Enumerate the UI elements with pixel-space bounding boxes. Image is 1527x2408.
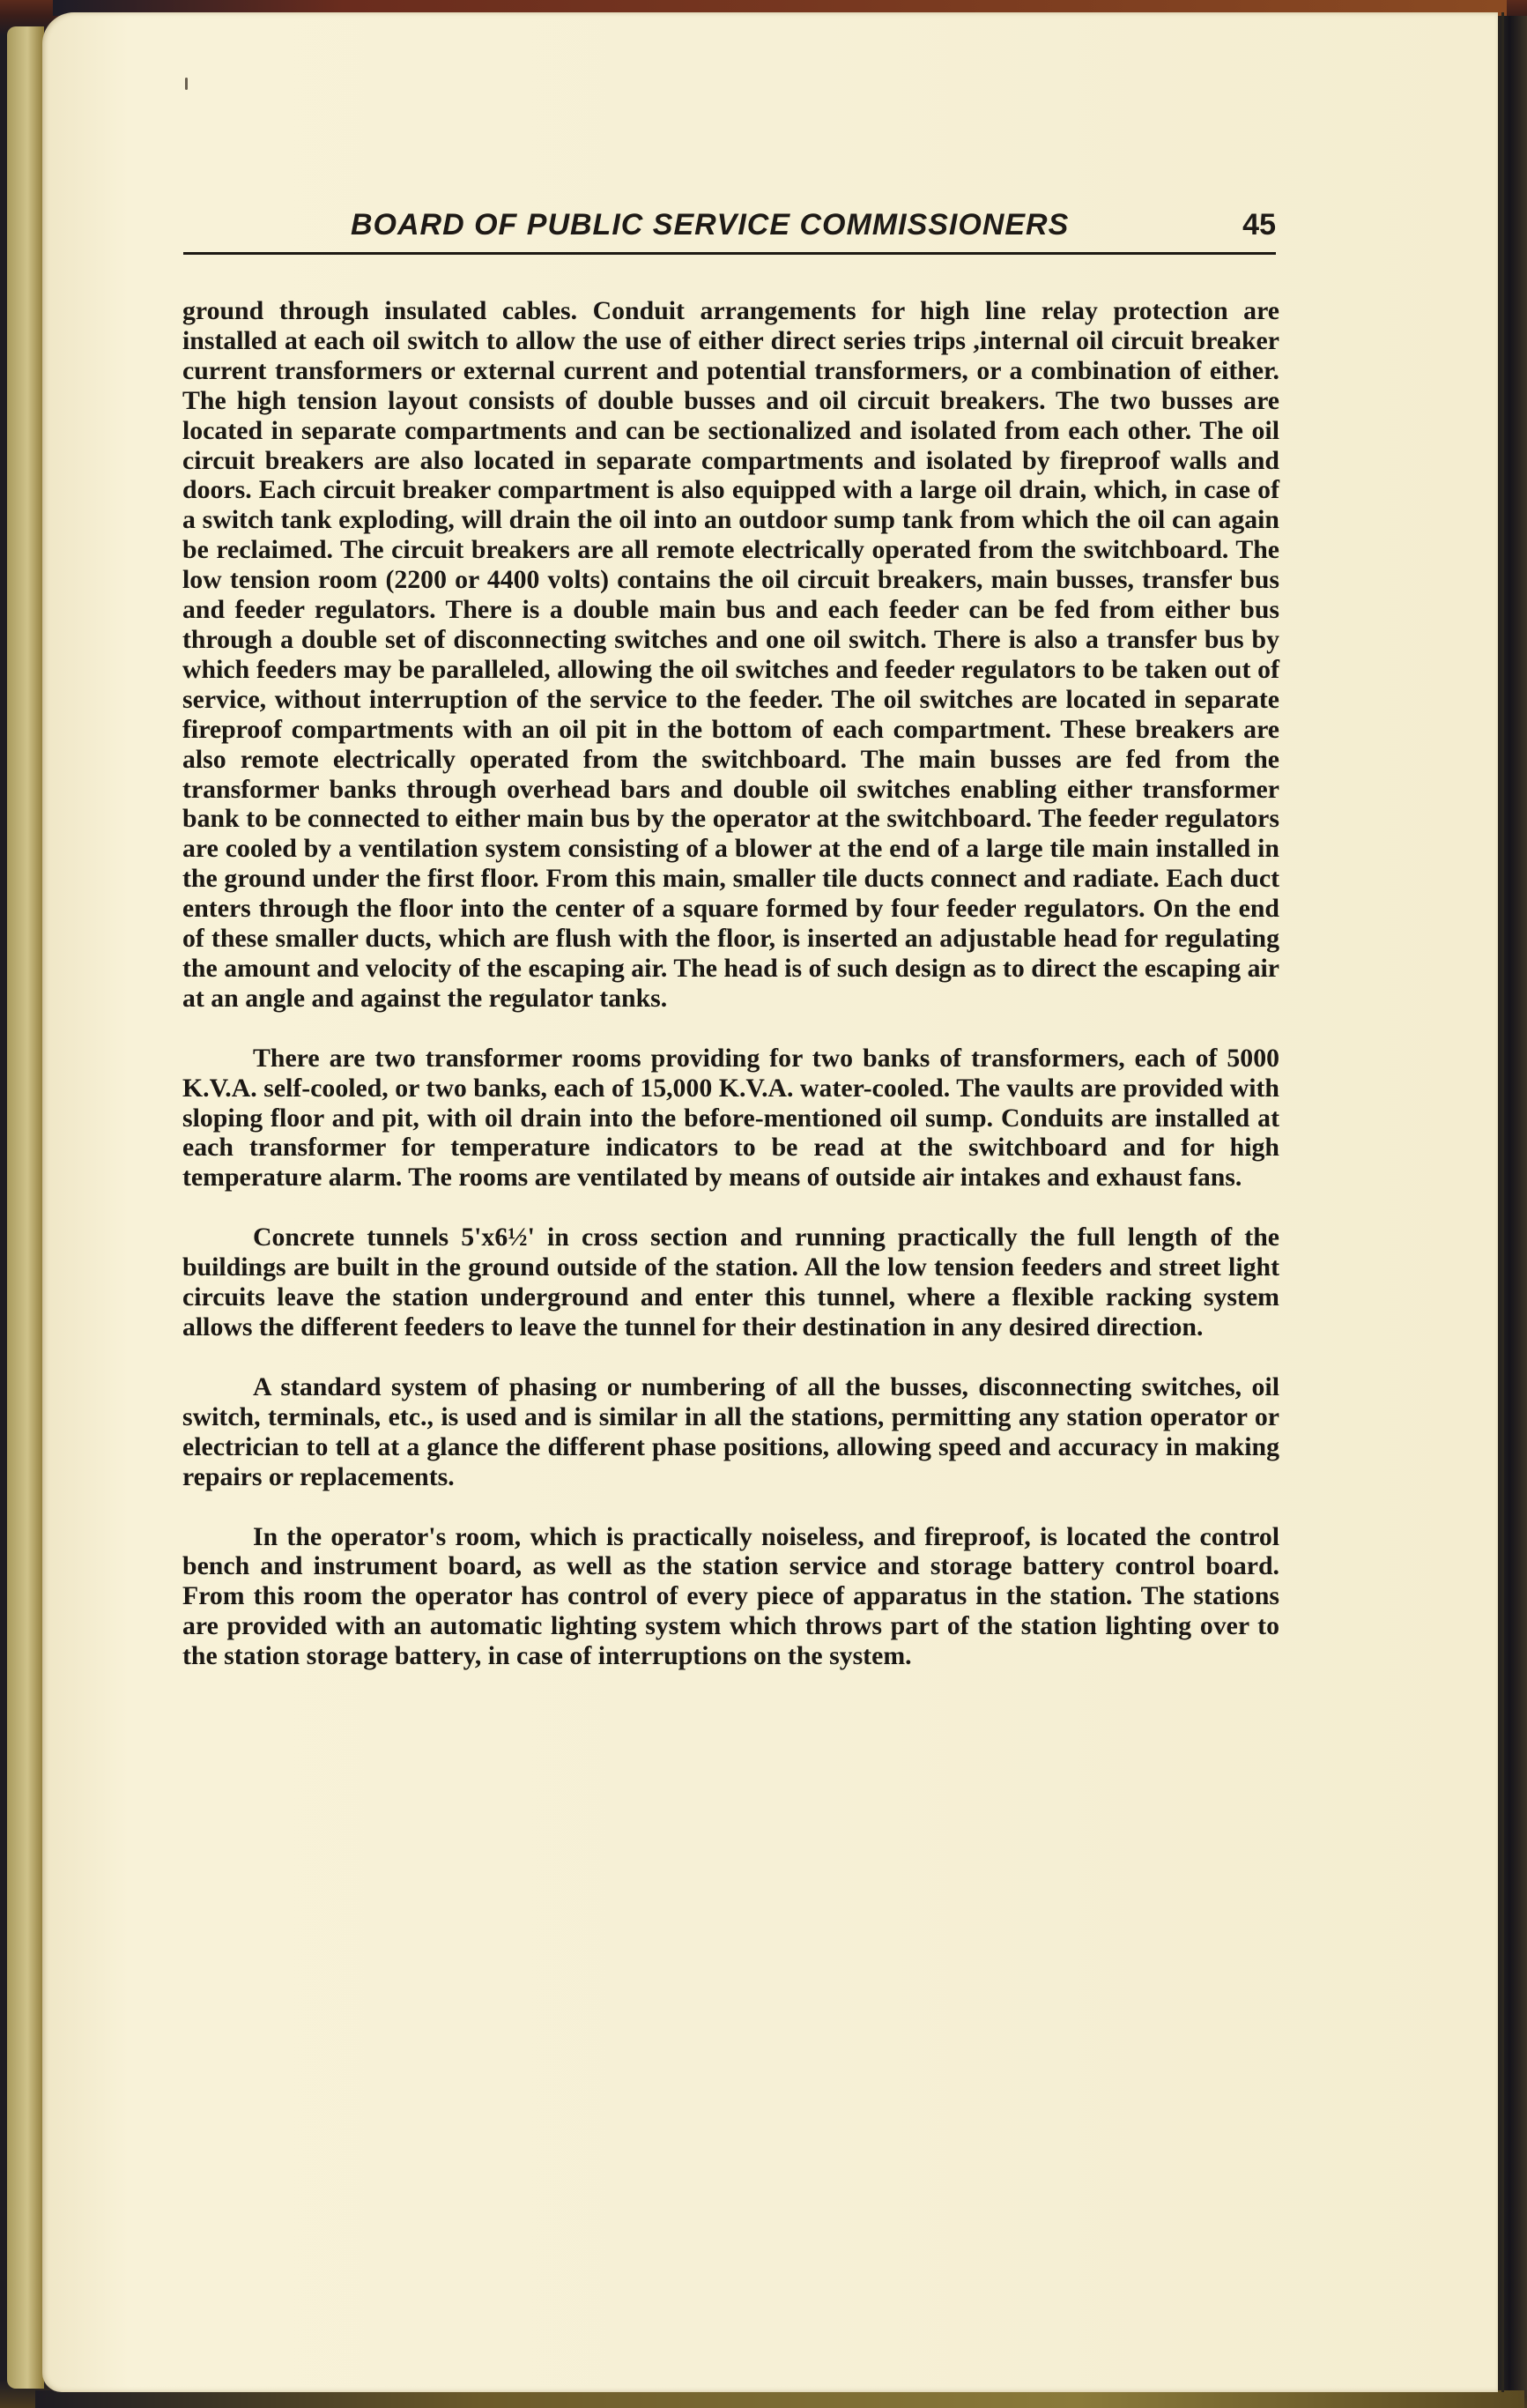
page-number: 45 xyxy=(1242,208,1276,242)
paragraph-substation-equipment: ground through insulated cables. Conduit… xyxy=(182,296,1279,1014)
book-bottom-edge xyxy=(35,2390,1524,2408)
page-body: ground through insulated cables. Conduit… xyxy=(182,296,1279,1671)
book-left-page-edges xyxy=(7,26,44,2389)
paragraph-transformer-rooms: There are two transformer rooms providin… xyxy=(182,1044,1279,1193)
header-title: BOARD OF PUBLIC SERVICE COMMISSIONERS xyxy=(351,208,1069,242)
page-right-border xyxy=(1501,12,1504,2392)
paragraph-phasing-system: A standard system of phasing or numberin… xyxy=(182,1372,1279,1492)
paragraph-concrete-tunnels: Concrete tunnels 5'x6½' in cross section… xyxy=(182,1223,1279,1342)
paragraph-operators-room: In the operator's room, which is practic… xyxy=(182,1522,1279,1672)
stray-ink-mark xyxy=(185,78,188,90)
running-header: BOARD OF PUBLIC SERVICE COMMISSIONERS 45 xyxy=(183,203,1276,255)
